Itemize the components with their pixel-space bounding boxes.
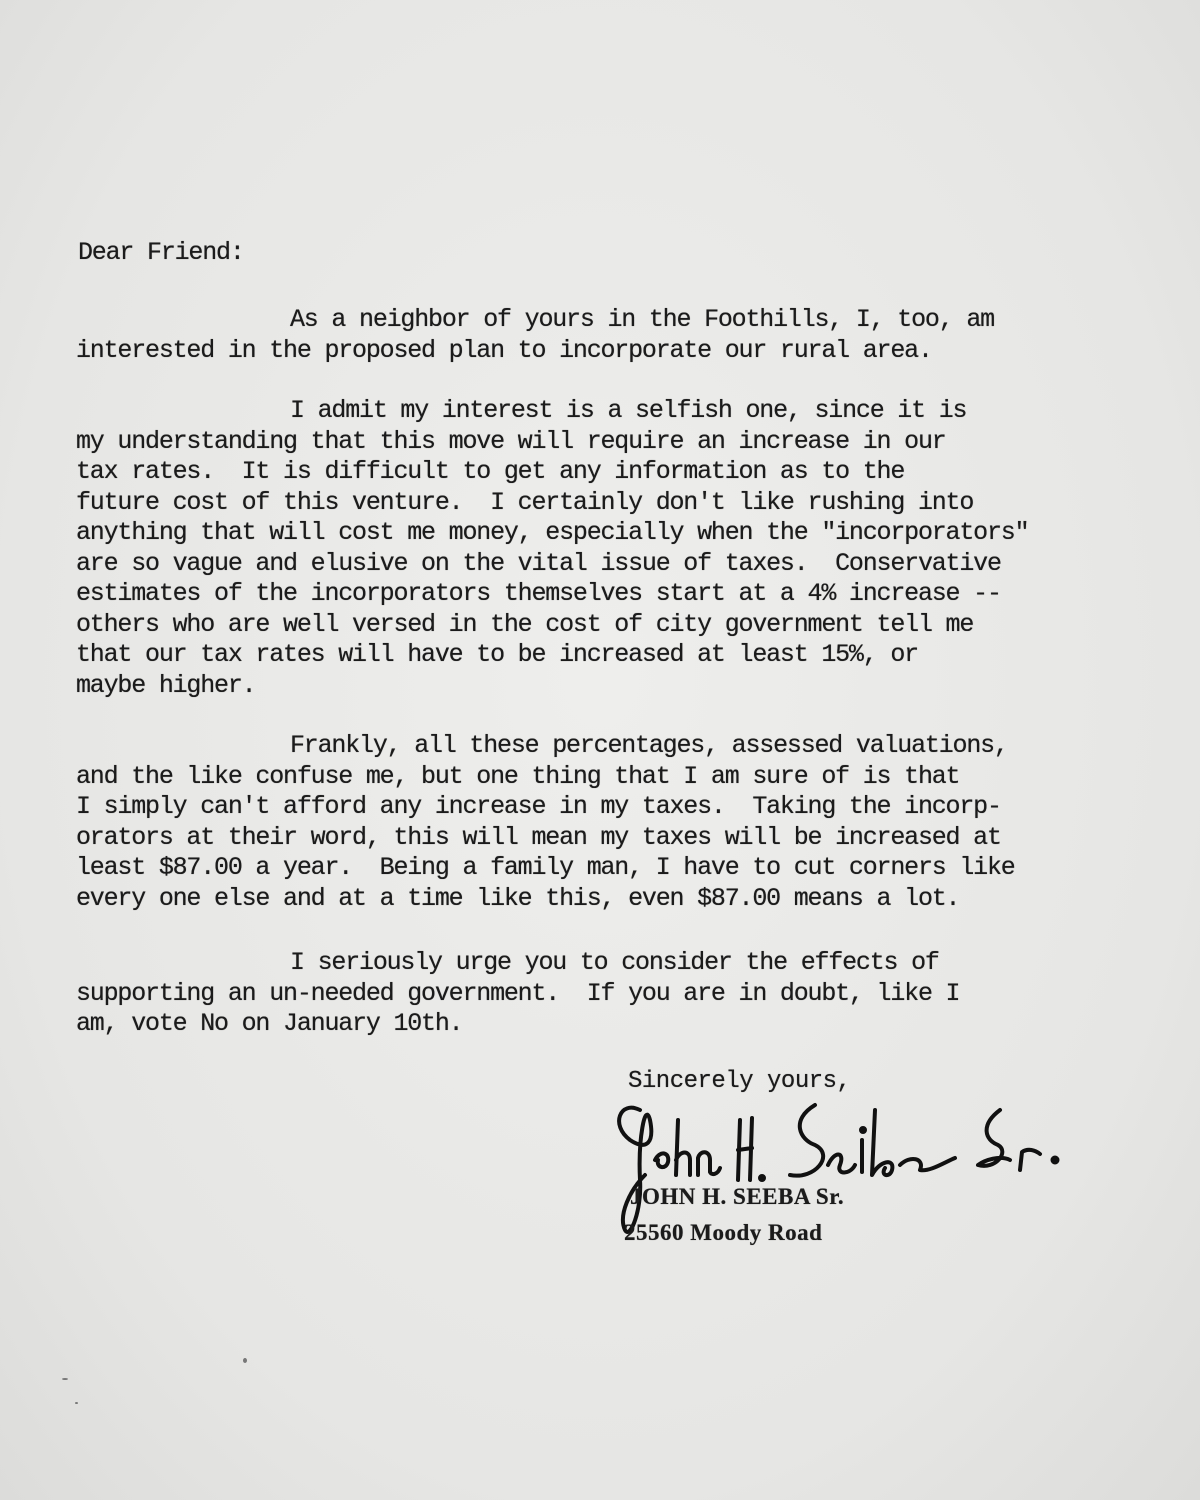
paragraph-line: I admit my interest is a selfish one, si… xyxy=(76,396,1028,427)
paragraph-line: Frankly, all these percentages, assessed… xyxy=(76,731,1015,762)
paper-speck xyxy=(62,1378,68,1380)
paragraph-1: As a neighbor of yours in the Foothills,… xyxy=(76,305,994,366)
paragraph-line: tax rates. It is difficult to get any in… xyxy=(76,457,1028,488)
paragraph-line: I simply can't afford any increase in my… xyxy=(76,792,1015,823)
paragraph-line: every one else and at a time like this, … xyxy=(76,884,1015,915)
signer-address: 25560 Moody Road xyxy=(624,1220,822,1246)
paragraph-2: I admit my interest is a selfish one, si… xyxy=(76,396,1028,701)
paragraph-line: are so vague and elusive on the vital is… xyxy=(76,549,1028,580)
paragraph-line: anything that will cost me money, especi… xyxy=(76,518,1028,549)
paragraph-line: and the like confuse me, but one thing t… xyxy=(76,762,1015,793)
paragraph-4: I seriously urge you to consider the eff… xyxy=(76,948,959,1040)
paragraph-line: estimates of the incorporators themselve… xyxy=(76,579,1028,610)
paper-speck xyxy=(243,1358,247,1363)
paragraph-line: am, vote No on January 10th. xyxy=(76,1009,959,1040)
paragraph-line: supporting an un-needed government. If y… xyxy=(76,979,959,1010)
greeting: Dear Friend: xyxy=(78,238,244,268)
paragraph-3: Frankly, all these percentages, assessed… xyxy=(76,731,1015,914)
paragraph-line: my understanding that this move will req… xyxy=(76,427,1028,458)
letter-page: Dear Friend: As a neighbor of yours in t… xyxy=(0,0,1200,1500)
paragraph-line: least $87.00 a year. Being a family man,… xyxy=(76,853,1015,884)
paragraph-line: maybe higher. xyxy=(76,671,1028,702)
paragraph-line: that our tax rates will have to be incre… xyxy=(76,640,1028,671)
paragraph-line: I seriously urge you to consider the eff… xyxy=(76,948,959,979)
paragraph-line: others who are well versed in the cost o… xyxy=(76,610,1028,641)
paper-speck xyxy=(75,1402,78,1404)
paragraph-line: As a neighbor of yours in the Foothills,… xyxy=(76,305,994,336)
paragraph-line: future cost of this venture. I certainly… xyxy=(76,488,1028,519)
signer-name: JOHN H. SEEBA Sr. xyxy=(630,1184,844,1210)
paragraph-line: orators at their word, this will mean my… xyxy=(76,823,1015,854)
paragraph-line: interested in the proposed plan to incor… xyxy=(76,336,994,367)
